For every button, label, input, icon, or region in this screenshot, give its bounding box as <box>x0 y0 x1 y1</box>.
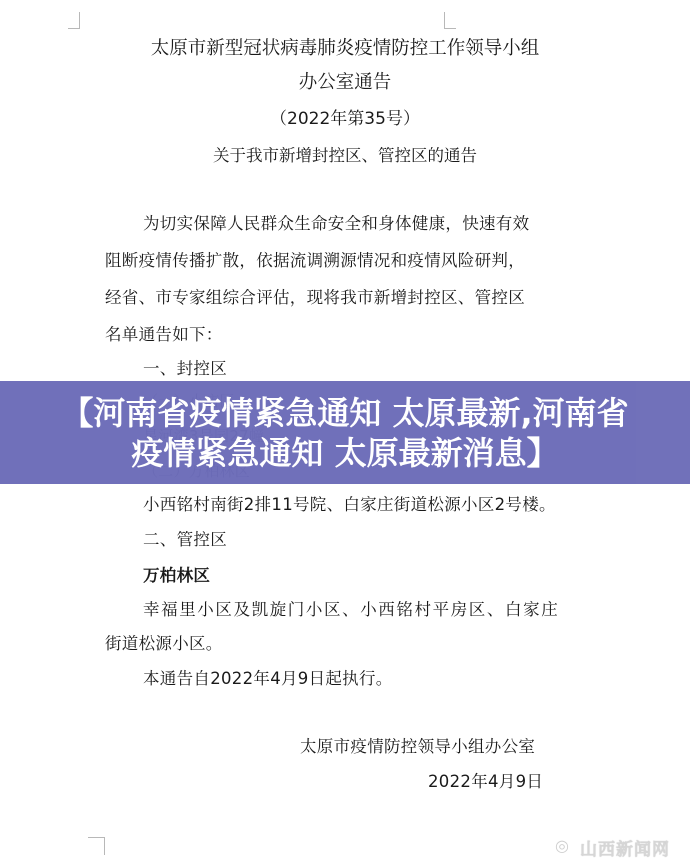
headline-line2: 疫情紧急通知 太原最新消息】 <box>0 434 690 472</box>
headline-banner: 【河南省疫情紧急通知 太原最新,河南省 疫情紧急通知 太原最新消息】 <box>0 381 690 484</box>
section2-item-line1: 幸福里小区及凯旋门小区、小西铭村平房区、白家庄 <box>143 599 559 621</box>
section2-item-line2: 街道松源小区。 <box>105 633 223 655</box>
page-corner-mark-top-right <box>444 12 456 29</box>
source-watermark: 山西新闻网 <box>580 835 670 860</box>
section2-district: 万柏林区 <box>143 565 210 587</box>
section2-heading: 二、管控区 <box>143 529 227 551</box>
page-corner-mark-top-left <box>68 12 80 29</box>
document-subject: 关于我市新增封控区、管控区的通告 <box>0 145 690 167</box>
weibo-icon: ◎ <box>555 836 569 855</box>
section1-item-wanbailin: 小西铭村南街2排11号院、白家庄街道松源小区2号楼。 <box>143 494 556 516</box>
page-corner-mark-bottom-left <box>88 837 105 855</box>
paragraph-line: 名单通告如下： <box>105 324 223 346</box>
paragraph-line: 经省、市专家组综合评估，现将我市新增封控区、管控区 <box>105 287 525 309</box>
signature: 太原市疫情防控领导小组办公室 <box>300 736 535 758</box>
paragraph-line: 为切实保障人民群众生命安全和身体健康，快速有效 <box>143 213 529 235</box>
headline-line1: 【河南省疫情紧急通知 太原最新,河南省 <box>0 394 690 432</box>
document-number: （2022年第35号） <box>0 108 690 130</box>
section1-heading: 一、封控区 <box>143 358 227 380</box>
paragraph-line: 阻断疫情传播扩散，依据流调溯源情况和疫情风险研判， <box>105 250 525 272</box>
signature-date: 2022年4月9日 <box>428 771 543 793</box>
document-title-line1: 太原市新型冠状病毒肺炎疫情防控工作领导小组 <box>0 38 690 60</box>
document-title-line2: 办公室通告 <box>0 72 690 94</box>
effective-date-statement: 本通告自2022年4月9日起执行。 <box>143 668 393 690</box>
